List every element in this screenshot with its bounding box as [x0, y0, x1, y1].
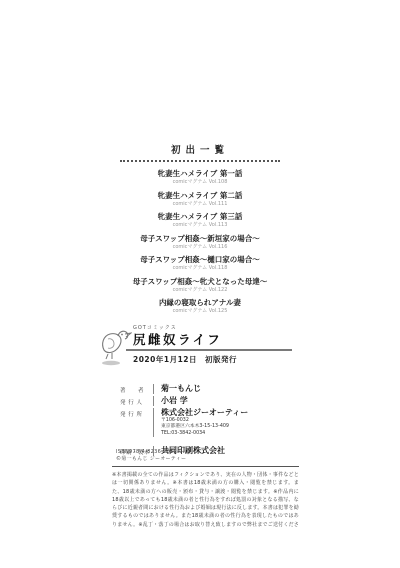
publisher-person-name: 小岩 学 [161, 396, 188, 406]
publisher-mascot-icon [98, 326, 132, 368]
list-item: 牝妻生ハメライブ 第二話 comicマグナム Vol.111 [0, 191, 400, 208]
title-rule [126, 349, 292, 351]
colophon-page: 初出一覧 牝妻生ハメライブ 第一話 comicマグナム Vol.108 牝妻生ハ… [0, 0, 400, 568]
bottom-rule [112, 466, 299, 467]
author-name: 菊一もんじ [161, 384, 201, 394]
series-label: GOTコミックス [133, 325, 304, 332]
list-item: 内縁の寝取られアナル妻 comicマグナム Vol.125 [0, 298, 400, 315]
author-label: 著 者 [120, 384, 153, 394]
list-item: 牝妻生ハメライブ 第三話 comicマグナム Vol.113 [0, 212, 400, 229]
work-title: 牝妻生ハメライブ 第三話 [0, 212, 400, 222]
work-title: 母子スワップ相姦〜牝犬となった母達〜 [0, 277, 400, 287]
dotted-divider [120, 160, 280, 162]
first-appearance-header: 初出一覧 [0, 142, 400, 156]
work-title: 内縁の寝取られアナル妻 [0, 298, 400, 308]
credit-row-publisher: 発 行 所 株式会社ジーオーティー 〒106-0032 東京都港区六本木3-15… [120, 408, 300, 437]
isbn-block: ISBN978-4-8236-2052-9 ©菊一もんじ ジーオーティー [116, 449, 186, 462]
credit-row-publisher-person: 発 行 人 小岩 学 [120, 396, 300, 406]
work-source: comicマグナム Vol.116 [0, 244, 400, 251]
work-title: 母子スワップ相姦〜新垣家の場合〜 [0, 234, 400, 244]
isbn-number: ISBN978-4-8236-2052-9 [116, 449, 186, 456]
work-source: comicマグナム Vol.125 [0, 308, 400, 315]
work-source: comicマグナム Vol.111 [0, 201, 400, 208]
work-title: 母子スワップ相姦〜樋口家の場合〜 [0, 255, 400, 265]
copyright-line: ©菊一もんじ ジーオーティー [116, 456, 186, 463]
imprint-section: GOTコミックス 尻雌奴ライフ 2020年1月12日 初版発行 [98, 325, 304, 365]
edition-date: 2020年1月12日 初版発行 [133, 354, 304, 365]
publisher-person-label: 発 行 人 [120, 396, 153, 406]
work-title: 牝妻生ハメライブ 第二話 [0, 191, 400, 201]
list-item: 牝妻生ハメライブ 第一話 comicマグナム Vol.108 [0, 169, 400, 186]
list-item: 母子スワップ相姦〜牝犬となった母達〜 comicマグナム Vol.122 [0, 277, 400, 294]
legal-disclaimer: ※本書掲載の全ての作品はフィクションであり、実在の人物・団体・事件などとは一切関… [112, 471, 299, 529]
work-source: comicマグナム Vol.122 [0, 287, 400, 294]
list-item: 母子スワップ相姦〜樋口家の場合〜 comicマグナム Vol.118 [0, 255, 400, 272]
work-source: comicマグナム Vol.108 [0, 179, 400, 186]
credits-table: 著 者 菊一もんじ 発 行 人 小岩 学 発 行 所 株式会社ジーオーティー 〒… [120, 384, 300, 458]
work-source: comicマグナム Vol.113 [0, 222, 400, 229]
publisher-tel: TEL:03-3842-0034 [161, 431, 248, 437]
work-source: comicマグナム Vol.118 [0, 265, 400, 272]
credit-row-author: 著 者 菊一もんじ [120, 384, 300, 394]
publisher-name: 株式会社ジーオーティー [161, 408, 248, 418]
work-title: 牝妻生ハメライブ 第一話 [0, 169, 400, 179]
first-appearance-section: 初出一覧 牝妻生ハメライブ 第一話 comicマグナム Vol.108 牝妻生ハ… [0, 142, 400, 320]
list-item: 母子スワップ相姦〜新垣家の場合〜 comicマグナム Vol.116 [0, 234, 400, 251]
publisher-label: 発 行 所 [120, 408, 153, 437]
book-title: 尻雌奴ライフ [133, 332, 304, 347]
